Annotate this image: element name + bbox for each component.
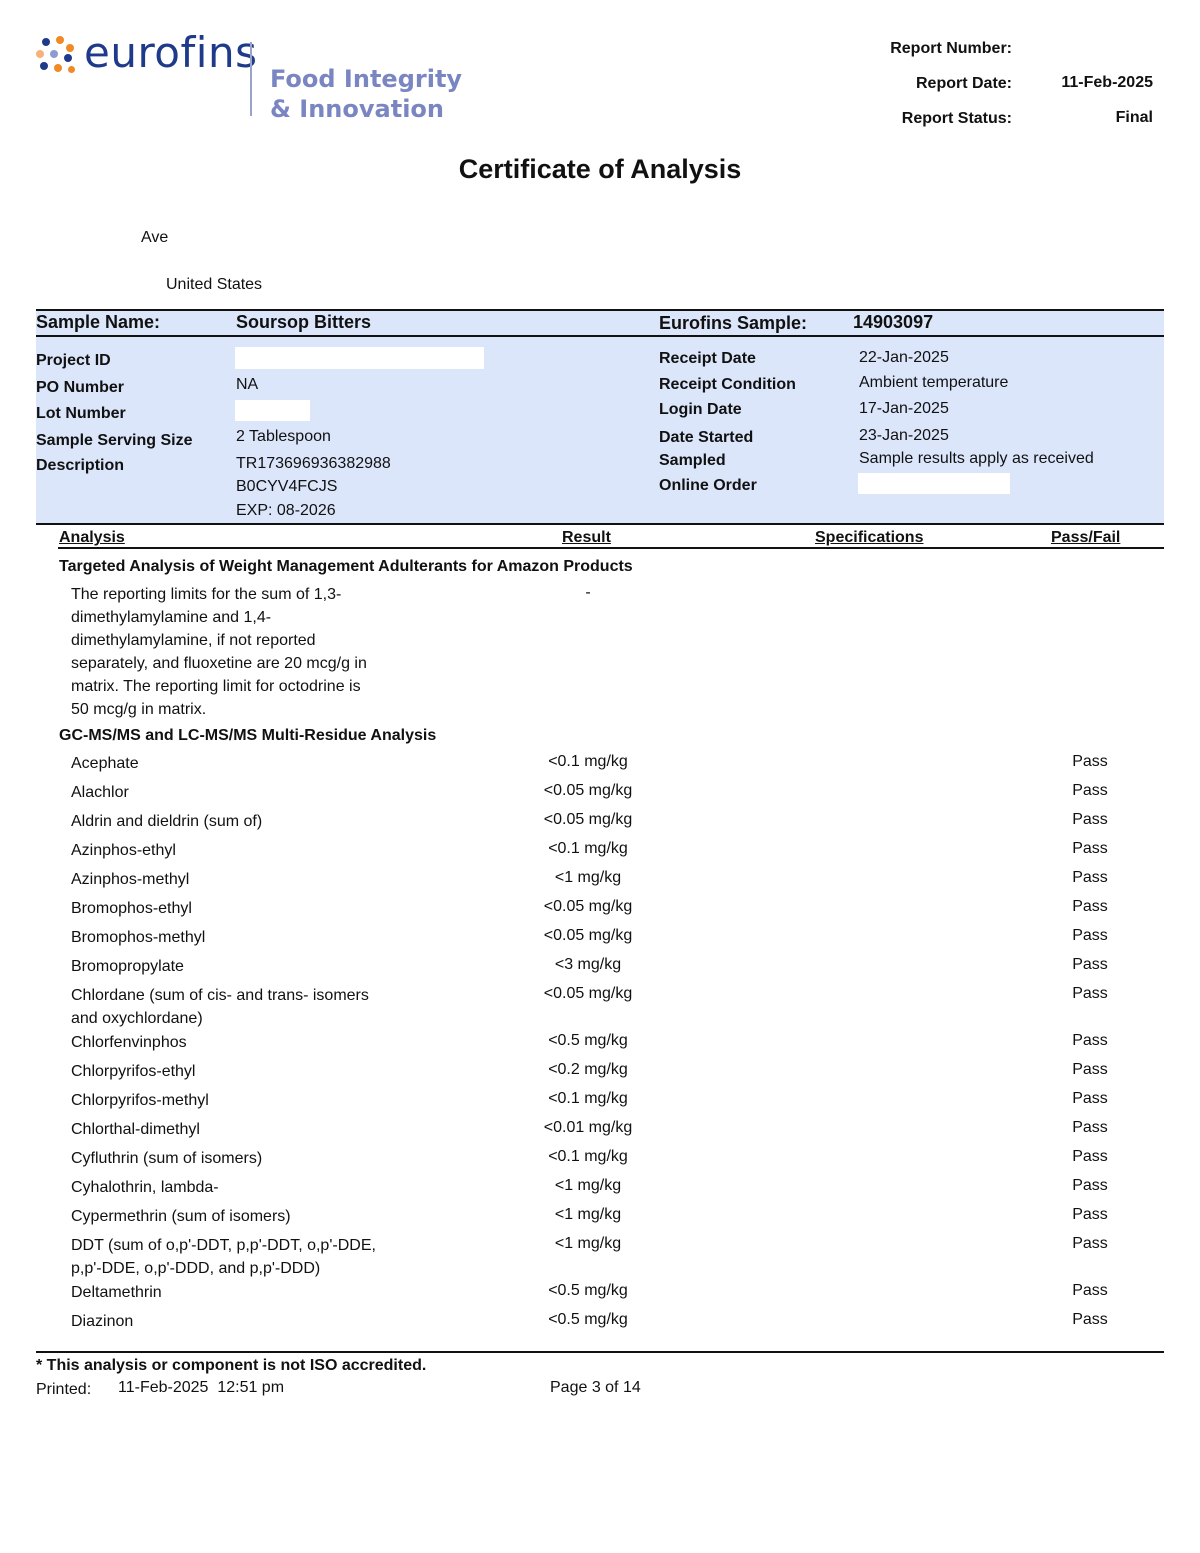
- lot-number-redacted: [235, 400, 310, 421]
- page-title: Certificate of Analysis: [0, 154, 1200, 185]
- analyte-name-line: Alachlor: [71, 781, 129, 804]
- eurofins-logo-icon: [36, 36, 78, 76]
- sample-header-divider: [36, 335, 1164, 337]
- analyte-pass-fail: Pass: [1050, 1282, 1130, 1300]
- table-header-divider: [58, 547, 1164, 549]
- analyte-result: <1 mg/kg: [488, 1177, 688, 1195]
- analyte-name-line: p,p'-DDE, o,p'-DDD, and p,p'-DDD): [71, 1257, 376, 1280]
- note-line: The reporting limits for the sum of 1,3-: [71, 583, 367, 606]
- project-id-label: Project ID: [36, 352, 111, 370]
- report-date-label: Report Date:: [812, 75, 1012, 93]
- address-line2: United States: [166, 276, 262, 294]
- logo-subtitle-line2: & Innovation: [270, 94, 462, 124]
- report-status-value: Final: [1013, 109, 1153, 127]
- logo-subtitle: Food Integrity & Innovation: [270, 64, 462, 124]
- description-value-3: EXP: 08-2026: [236, 502, 336, 520]
- note-line: separately, and fluoxetine are 20 mcg/g …: [71, 652, 367, 675]
- analyte-pass-fail: Pass: [1050, 1311, 1130, 1329]
- description-value-2: B0CYV4FCJS: [236, 478, 337, 496]
- note-line: 50 mcg/g in matrix.: [71, 698, 367, 721]
- serving-size-label: Sample Serving Size: [36, 432, 193, 450]
- analyte-name-line: Diazinon: [71, 1310, 133, 1333]
- analyte-pass-fail: Pass: [1050, 1148, 1130, 1166]
- col-header-result: Result: [562, 529, 611, 547]
- col-header-analysis: Analysis: [59, 529, 125, 547]
- analyte-name: Acephate: [71, 752, 139, 775]
- note-result: -: [488, 584, 688, 602]
- analyte-name: Chlorthal-dimethyl: [71, 1118, 200, 1141]
- analyte-result: <0.05 mg/kg: [488, 782, 688, 800]
- analyte-pass-fail: Pass: [1050, 927, 1130, 945]
- analyte-name: Cyhalothrin, lambda-: [71, 1176, 219, 1199]
- analyte-name-line: Azinphos-methyl: [71, 868, 189, 891]
- analyte-name-line: DDT (sum of o,p'-DDT, p,p'-DDT, o,p'-DDE…: [71, 1234, 376, 1257]
- section-title-multi-residue: GC-MS/MS and LC-MS/MS Multi-Residue Anal…: [59, 727, 436, 745]
- analyte-pass-fail: Pass: [1050, 1090, 1130, 1108]
- printed-label: Printed:: [36, 1381, 91, 1399]
- analyte-result: <0.2 mg/kg: [488, 1061, 688, 1079]
- analyte-pass-fail: Pass: [1050, 869, 1130, 887]
- analyte-pass-fail: Pass: [1050, 753, 1130, 771]
- analyte-result: <0.01 mg/kg: [488, 1119, 688, 1137]
- analyte-name: Chlorpyrifos-ethyl: [71, 1060, 195, 1083]
- analyte-name-line: Bromopropylate: [71, 955, 184, 978]
- receipt-condition-label: Receipt Condition: [659, 376, 796, 394]
- analyte-name: Diazinon: [71, 1310, 133, 1333]
- page-number: Page 3 of 14: [550, 1379, 641, 1397]
- description-label: Description: [36, 457, 124, 475]
- col-header-specifications: Specifications: [815, 529, 923, 547]
- receipt-date-value: 22-Jan-2025: [859, 349, 949, 367]
- logo-subtitle-line1: Food Integrity: [270, 64, 462, 94]
- section-title-weight-adulterants: Targeted Analysis of Weight Management A…: [59, 558, 633, 576]
- analyte-name: Deltamethrin: [71, 1281, 162, 1304]
- logo-divider: [250, 42, 252, 116]
- printed-value: 11-Feb-2025 12:51 pm: [118, 1379, 284, 1397]
- analyte-result: <3 mg/kg: [488, 956, 688, 974]
- analyte-name-line: Cypermethrin (sum of isomers): [71, 1205, 291, 1228]
- analyte-result: <1 mg/kg: [488, 869, 688, 887]
- analyte-name: Cypermethrin (sum of isomers): [71, 1205, 291, 1228]
- sampled-label: Sampled: [659, 452, 726, 470]
- section-note: The reporting limits for the sum of 1,3-…: [71, 583, 367, 721]
- analyte-result: <1 mg/kg: [488, 1235, 688, 1253]
- analyte-result: <0.5 mg/kg: [488, 1032, 688, 1050]
- analyte-result: <0.05 mg/kg: [488, 985, 688, 1003]
- iso-note: * This analysis or component is not ISO …: [36, 1357, 426, 1375]
- analyte-pass-fail: Pass: [1050, 1032, 1130, 1050]
- analyte-name-line: Chlorfenvinphos: [71, 1031, 187, 1054]
- analyte-pass-fail: Pass: [1050, 1119, 1130, 1137]
- online-order-redacted: [858, 473, 1010, 494]
- analyte-name-line: Chlorpyrifos-methyl: [71, 1089, 209, 1112]
- analyte-pass-fail: Pass: [1050, 1235, 1130, 1253]
- analyte-name-line: Cyhalothrin, lambda-: [71, 1176, 219, 1199]
- analyte-result: <0.05 mg/kg: [488, 898, 688, 916]
- analyte-name-line: Azinphos-ethyl: [71, 839, 176, 862]
- eurofins-sample-value: 14903097: [853, 312, 933, 333]
- description-value-1: TR173696936382988: [236, 455, 391, 473]
- logo-wordmark: eurofins: [84, 28, 257, 77]
- analyte-name-line: Acephate: [71, 752, 139, 775]
- analyte-name: Azinphos-methyl: [71, 868, 189, 891]
- analyte-name-line: Chlorpyrifos-ethyl: [71, 1060, 195, 1083]
- analyte-name: Chlorfenvinphos: [71, 1031, 187, 1054]
- analyte-result: <0.1 mg/kg: [488, 840, 688, 858]
- analyte-name-line: Chlordane (sum of cis- and trans- isomer…: [71, 984, 369, 1007]
- login-date-value: 17-Jan-2025: [859, 400, 949, 418]
- online-order-label: Online Order: [659, 477, 757, 495]
- analyte-pass-fail: Pass: [1050, 956, 1130, 974]
- analyte-pass-fail: Pass: [1050, 840, 1130, 858]
- analyte-name: Bromopropylate: [71, 955, 184, 978]
- analyte-result: <0.5 mg/kg: [488, 1311, 688, 1329]
- sample-name-value: Soursop Bitters: [236, 312, 371, 333]
- analyte-name: Chlorpyrifos-methyl: [71, 1089, 209, 1112]
- analyte-name: Cyfluthrin (sum of isomers): [71, 1147, 262, 1170]
- login-date-label: Login Date: [659, 401, 742, 419]
- analyte-name-line: and oxychlordane): [71, 1007, 369, 1030]
- sampled-value: Sample results apply as received: [859, 450, 1094, 468]
- analyte-name-line: Chlorthal-dimethyl: [71, 1118, 200, 1141]
- analyte-name: Chlordane (sum of cis- and trans- isomer…: [71, 984, 369, 1030]
- analyte-result: <0.1 mg/kg: [488, 1148, 688, 1166]
- lot-number-label: Lot Number: [36, 405, 126, 423]
- note-line: dimethylamylamine, if not reported: [71, 629, 367, 652]
- analyte-result: <0.05 mg/kg: [488, 811, 688, 829]
- receipt-condition-value: Ambient temperature: [859, 374, 1008, 392]
- footer-divider: [36, 1351, 1164, 1353]
- analyte-name: Bromophos-methyl: [71, 926, 205, 949]
- serving-size-value: 2 Tablespoon: [236, 428, 331, 446]
- analyte-name: DDT (sum of o,p'-DDT, p,p'-DDT, o,p'-DDE…: [71, 1234, 376, 1280]
- analyte-name-line: Bromophos-ethyl: [71, 897, 192, 920]
- analyte-name-line: Bromophos-methyl: [71, 926, 205, 949]
- analyte-name-line: Cyfluthrin (sum of isomers): [71, 1147, 262, 1170]
- eurofins-sample-label: Eurofins Sample:: [659, 313, 807, 334]
- analyte-pass-fail: Pass: [1050, 985, 1130, 1003]
- analyte-pass-fail: Pass: [1050, 782, 1130, 800]
- analyte-result: <0.5 mg/kg: [488, 1282, 688, 1300]
- analyte-name: Bromophos-ethyl: [71, 897, 192, 920]
- report-status-label: Report Status:: [812, 110, 1012, 128]
- note-line: dimethylamylamine and 1,4-: [71, 606, 367, 629]
- analyte-pass-fail: Pass: [1050, 1061, 1130, 1079]
- analyte-name: Alachlor: [71, 781, 129, 804]
- analyte-result: <0.1 mg/kg: [488, 753, 688, 771]
- analyte-pass-fail: Pass: [1050, 1206, 1130, 1224]
- date-started-value: 23-Jan-2025: [859, 427, 949, 445]
- analyte-pass-fail: Pass: [1050, 811, 1130, 829]
- analyte-name: Azinphos-ethyl: [71, 839, 176, 862]
- project-id-redacted: [235, 347, 484, 369]
- analyte-name-line: Aldrin and dieldrin (sum of): [71, 810, 262, 833]
- analyte-pass-fail: Pass: [1050, 1177, 1130, 1195]
- col-header-pass-fail: Pass/Fail: [1051, 529, 1120, 547]
- analyte-result: <0.1 mg/kg: [488, 1090, 688, 1108]
- po-number-label: PO Number: [36, 379, 124, 397]
- address-line1: Ave: [141, 229, 168, 247]
- sample-name-label: Sample Name:: [36, 312, 160, 333]
- analyte-pass-fail: Pass: [1050, 898, 1130, 916]
- receipt-date-label: Receipt Date: [659, 350, 756, 368]
- date-started-label: Date Started: [659, 429, 753, 447]
- report-date-value: 11-Feb-2025: [1013, 74, 1153, 92]
- note-line: matrix. The reporting limit for octodrin…: [71, 675, 367, 698]
- report-number-label: Report Number:: [812, 40, 1012, 58]
- po-number-value: NA: [236, 376, 258, 394]
- analyte-name: Aldrin and dieldrin (sum of): [71, 810, 262, 833]
- analyte-name-line: Deltamethrin: [71, 1281, 162, 1304]
- analyte-result: <1 mg/kg: [488, 1206, 688, 1224]
- analyte-result: <0.05 mg/kg: [488, 927, 688, 945]
